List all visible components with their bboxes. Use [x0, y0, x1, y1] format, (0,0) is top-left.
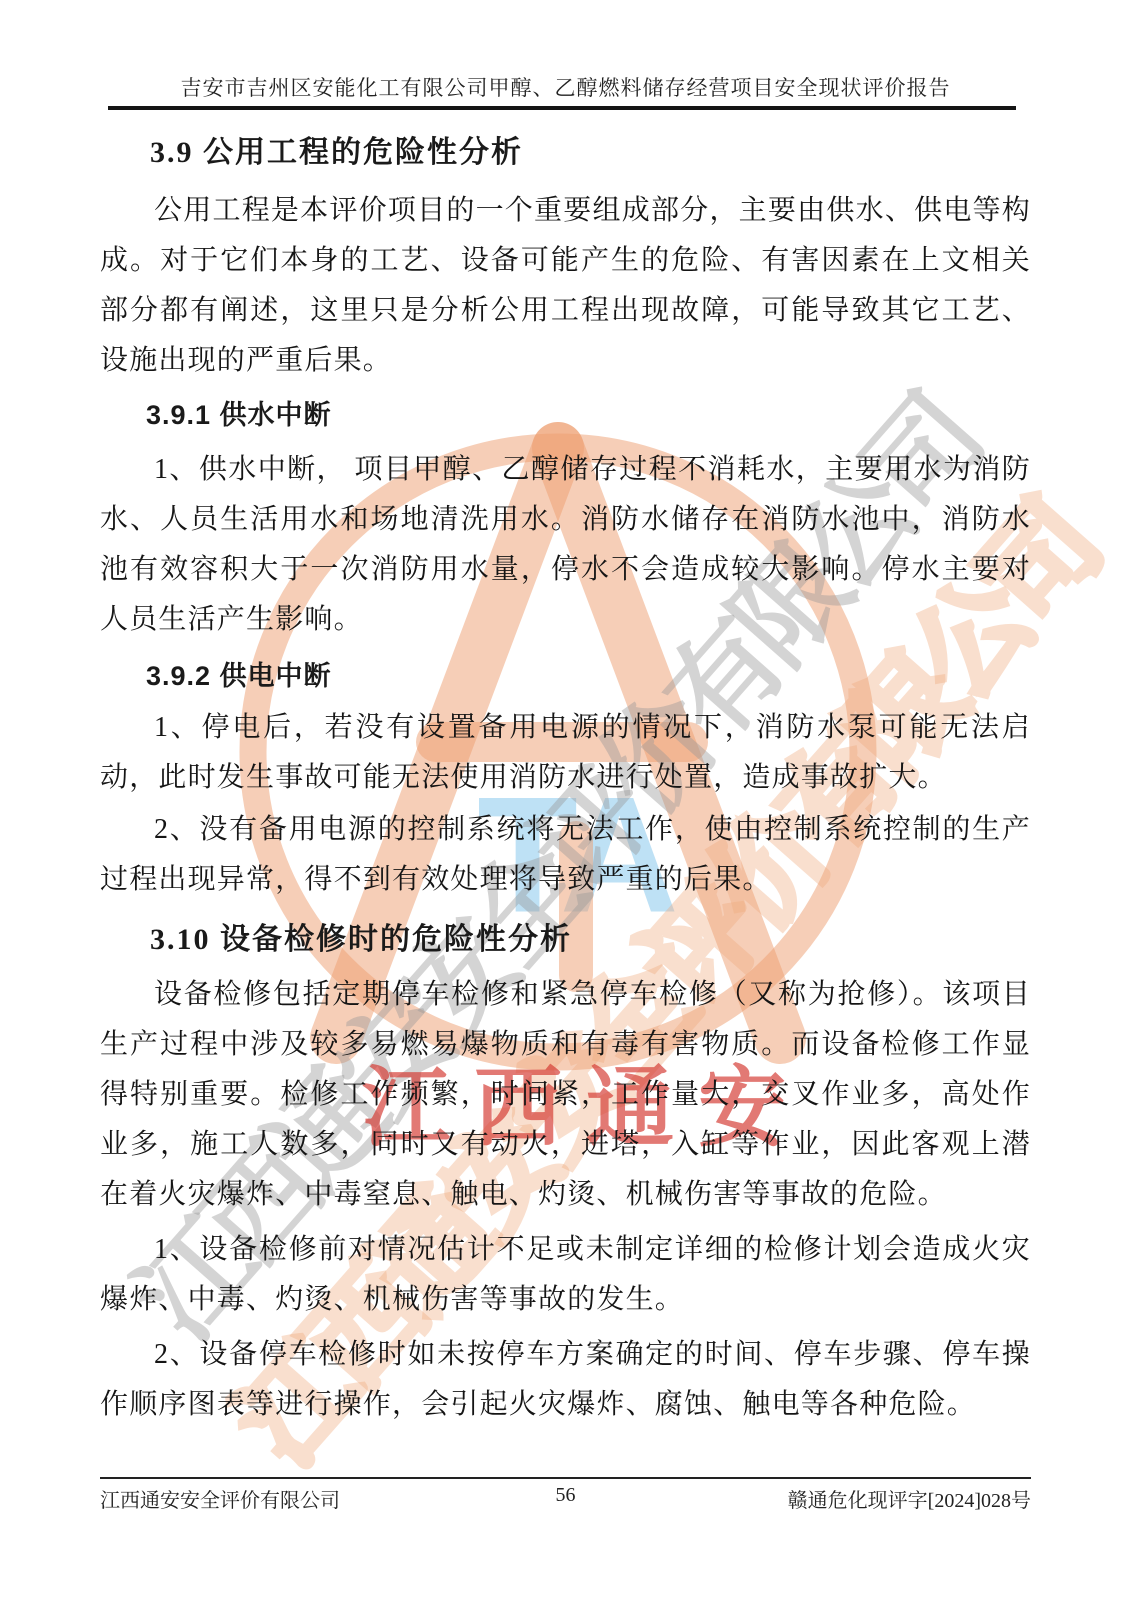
- section-heading-3-9-1: 3.9.1 供水中断: [100, 390, 1030, 440]
- section-heading-3-9-2: 3.9.2 供电中断: [100, 651, 1030, 701]
- page-footer: 56 江西通安安全评价有限公司 赣通危化现评字[2024]028号: [100, 1484, 1031, 1513]
- paragraph: 设备检修包括定期停车检修和紧急停车检修（又称为抢修）。该项目生产过程中涉及较多易…: [100, 970, 1031, 1220]
- footer-doc-number: 赣通危化现评字[2024]028号: [788, 1484, 1031, 1513]
- paragraph: 1、停电后，若没有设置备用电源的情况下，消防水泵可能无法启动，此时发生事故可能无…: [100, 703, 1031, 803]
- section-heading-3-10: 3.10 设备检修时的危险性分析: [100, 915, 1030, 965]
- section-heading-3-9: 3.9 公用工程的危险性分析: [100, 128, 1030, 178]
- paragraph: 公用工程是本评价项目的一个重要组成部分，主要由供水、供电等构成。对于它们本身的工…: [100, 186, 1031, 386]
- paragraph: 2、设备停车检修时如未按停车方案确定的时间、停车步骤、停车操作顺序图表等进行操作…: [100, 1330, 1031, 1430]
- paragraph: 1、设备检修前对情况估计不足或未制定详细的检修计划会造成火灾爆炸、中毒、灼烫、机…: [100, 1225, 1031, 1325]
- report-page: TA 江西通安安全评价有限公司 江西通安安全评价有限公司 江西通安 吉安市吉州区…: [0, 0, 1131, 1600]
- header-rule: [108, 106, 1016, 110]
- footer-company: 江西通安安全评价有限公司: [100, 1484, 340, 1513]
- paragraph: 2、没有备用电源的控制系统将无法工作，使由控制系统控制的生产过程出现异常，得不到…: [100, 805, 1031, 905]
- page-header-title: 吉安市吉州区安能化工有限公司甲醇、乙醇燃料储存经营项目安全现状评价报告: [0, 72, 1131, 102]
- paragraph: 1、供水中断， 项目甲醇、乙醇储存过程不消耗水，主要用水为消防水、人员生活用水和…: [100, 445, 1031, 645]
- footer-rule: [100, 1477, 1031, 1479]
